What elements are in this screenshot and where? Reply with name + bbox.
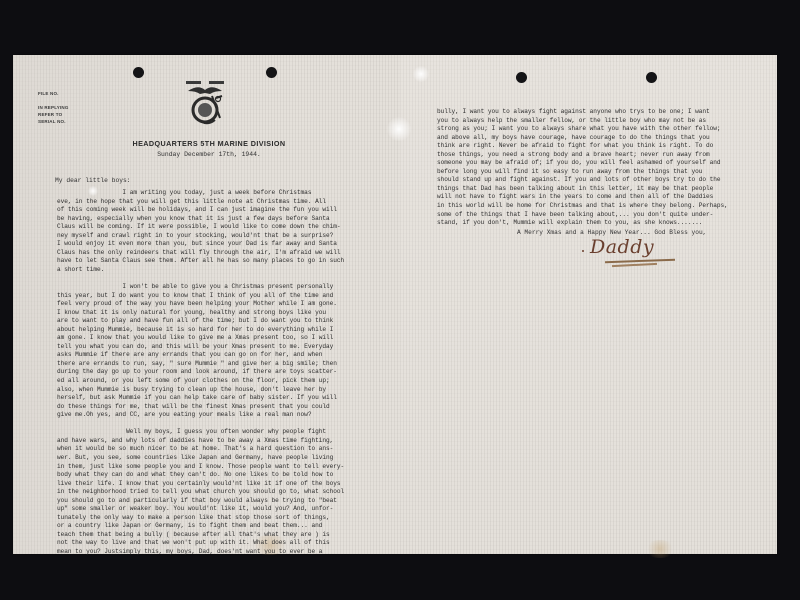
file-reference-block: FILE NO. IN REPLYING REFER TO SERIAL NO. bbox=[38, 90, 69, 125]
letter-line: are to want to play and have fun all of … bbox=[57, 317, 344, 326]
letter-line: asks Mummie if there are any errands tha… bbox=[57, 351, 344, 360]
letter-line: before long you will find it so easy to … bbox=[437, 168, 728, 177]
serial-no-label: SERIAL NO. bbox=[38, 118, 69, 125]
letter-line: have to let Santa Claus see them. After … bbox=[57, 257, 344, 266]
letter-line: ed all around, or you left some of your … bbox=[57, 377, 344, 386]
letter-body-page-2: bully, I want you to always fight agains… bbox=[437, 108, 728, 228]
letter-line: up" some smaller or weaker boy. You woul… bbox=[57, 505, 344, 514]
letter-line: I know that it is only natural for young… bbox=[57, 309, 344, 318]
refer-to-label: REFER TO bbox=[38, 111, 69, 118]
glare-reflection bbox=[413, 66, 429, 82]
letter-line: think are right. Never be afraid to figh… bbox=[437, 142, 728, 151]
letter-line: during the day go up to your room and lo… bbox=[57, 368, 344, 377]
letter-line: things that Dad has been talking about i… bbox=[437, 185, 728, 194]
letter-date: Sunday December 17th, 1944. bbox=[126, 151, 292, 158]
letter-line: herself, but ask Mummie if you can help … bbox=[57, 394, 344, 403]
salutation: My dear little boys: bbox=[55, 177, 131, 184]
letter-line bbox=[57, 274, 344, 283]
letter-line: bully, I want you to always fight agains… bbox=[437, 108, 728, 117]
letter-line: you should go to and particularly if tha… bbox=[57, 497, 344, 506]
letter-line: should stand up and fight against. If yo… bbox=[437, 176, 728, 185]
letter-line: wer. But, you see, some countries like J… bbox=[57, 454, 344, 463]
letter-line: do these things for me, that will be the… bbox=[57, 403, 344, 412]
letter-body-page-1: I am writing you today, just a week befo… bbox=[57, 189, 344, 557]
letter-line: and above all, my boys have courage, hav… bbox=[437, 134, 728, 143]
letter-line: Well my boys, I guess you often wonder w… bbox=[57, 428, 344, 437]
punch-hole bbox=[266, 67, 277, 78]
letterhead-heading: HEADQUARTERS 5TH MARINE DIVISION bbox=[126, 139, 292, 148]
letter-line: strong as you; I want you to always shar… bbox=[437, 125, 728, 134]
letter-line: there are errands to run, say, " sure Mu… bbox=[57, 360, 344, 369]
file-no-label: FILE NO. bbox=[38, 90, 69, 97]
paper-stain bbox=[645, 540, 675, 558]
letter-line: I am writing you today, just a week befo… bbox=[57, 189, 344, 198]
letter-line: I would enjoy it even more than you, but… bbox=[57, 240, 344, 249]
letter-line: some of the things that I have been talk… bbox=[437, 211, 728, 220]
letter-line: you to always help the smaller fellow, o… bbox=[437, 117, 728, 126]
letter-line: feel very proud of the way you have been… bbox=[57, 300, 344, 309]
letter-line: when it would be so much nicer to be at … bbox=[57, 445, 344, 454]
eagle-globe-anchor-icon bbox=[182, 80, 228, 132]
letter-line: of this coming week will be holidays, an… bbox=[57, 206, 344, 215]
closing-line: A Merry Xmas and a Happy New Year... God… bbox=[517, 229, 706, 236]
letter-line: also, when Mummie is busy trying to clea… bbox=[57, 386, 344, 395]
letter-line: a short time. bbox=[57, 266, 344, 275]
punch-hole bbox=[646, 72, 657, 83]
letter-line: about helping Mummie, because it is so h… bbox=[57, 326, 344, 335]
letter-line: tell you what you can do, and this will … bbox=[57, 343, 344, 352]
letter-line: in them, just like some people you and I… bbox=[57, 463, 344, 472]
letter-line: Claus has the only reindeers that will f… bbox=[57, 249, 344, 258]
signature: Daddy bbox=[590, 236, 654, 258]
signature-mark bbox=[582, 250, 584, 252]
letter-line: am gone. I know that you would like to g… bbox=[57, 334, 344, 343]
letter-line: Claus will be coming. If it were possibl… bbox=[57, 223, 344, 232]
letter-line: those things, you need a strong body and… bbox=[437, 151, 728, 160]
letter-line: I won't be able to give you a Christmas … bbox=[57, 283, 344, 292]
letter-line: eve, in the hope that you will get this … bbox=[57, 198, 344, 207]
letter-line: this year, but I do want you to know tha… bbox=[57, 292, 344, 301]
letter-line: be having, especially when you know that… bbox=[57, 215, 344, 224]
letter-line: give me.Oh yes, and CC, are you eating y… bbox=[57, 411, 344, 420]
letter-line: in this world will be home for Christmas… bbox=[437, 202, 728, 211]
letter-line: body what they can do and what they can'… bbox=[57, 471, 344, 480]
in-replying-label: IN REPLYING bbox=[38, 104, 69, 111]
punch-hole bbox=[133, 67, 144, 78]
letter-line: or a country like Japan or Germany, is t… bbox=[57, 522, 344, 531]
letter-line: someone you may be afraid of; if you do,… bbox=[437, 159, 728, 168]
letter-line: in the neighborhood tried to tell you wh… bbox=[57, 488, 344, 497]
letter-line: ney myself and crawl right in to your st… bbox=[57, 232, 344, 241]
letter-line: not the way to live and that we won't pu… bbox=[57, 539, 344, 548]
letter-line: teach them that being a bully ( because … bbox=[57, 531, 344, 540]
letter-line: mean to you? Justsimply this, my boys, D… bbox=[57, 548, 344, 557]
punch-hole bbox=[516, 72, 527, 83]
letter-line: and have wars, and why lots of daddies h… bbox=[57, 437, 344, 446]
glare-reflection bbox=[387, 117, 411, 141]
letter-line bbox=[57, 420, 344, 429]
letter-line: will not have to fight wars in the years… bbox=[437, 193, 728, 202]
letter-line: tunately the only way to make a person l… bbox=[57, 514, 344, 523]
letter-line: stand, if you don't, Mummie will explain… bbox=[437, 219, 728, 228]
letter-line: live their life. I know that you certain… bbox=[57, 480, 344, 489]
